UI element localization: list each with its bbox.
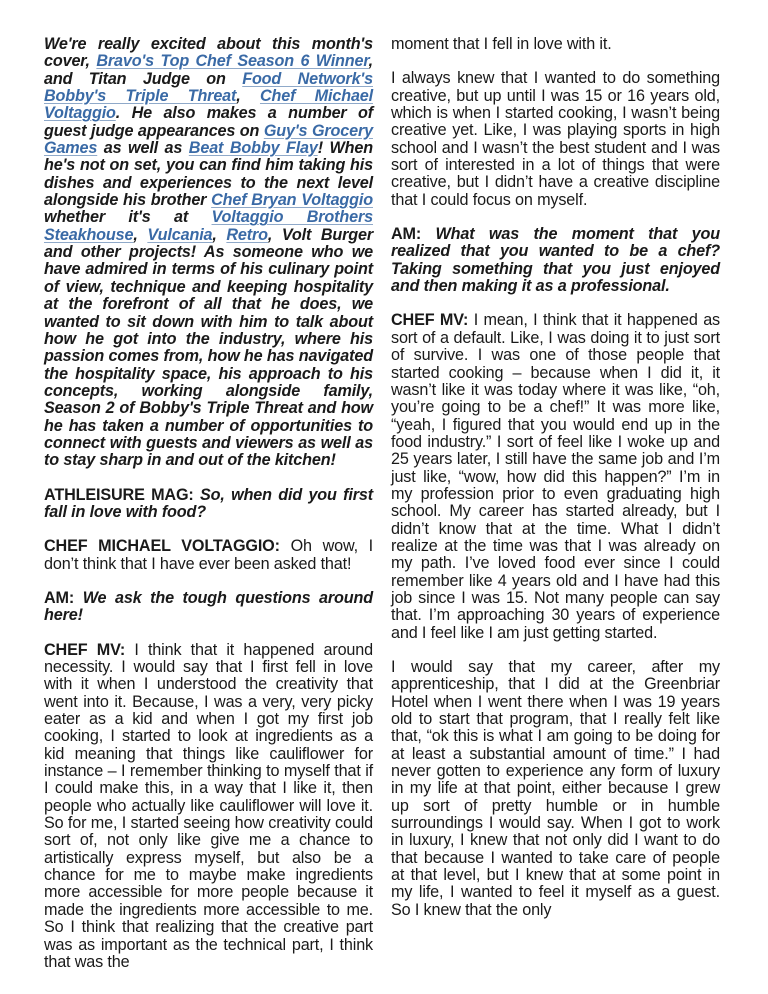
column-left: We're really excited about this month's … <box>44 36 373 986</box>
answer-continued: moment that I fell in love with it. <box>391 36 720 53</box>
speaker-label: CHEF MV: <box>391 311 468 329</box>
qa-question: AM: We ask the tough questions around he… <box>44 590 373 625</box>
question-text: What was the moment that you realized th… <box>391 225 720 295</box>
speaker-label: CHEF MICHAEL VOLTAGGIO: <box>44 537 280 555</box>
intro-text: , <box>212 226 226 244</box>
answer-text: I mean, I think that it happened as sort… <box>391 311 720 641</box>
qa-answer: CHEF MICHAEL VOLTAGGIO: Oh wow, I don’t … <box>44 538 373 573</box>
link-vulcania[interactable]: Vulcania <box>147 226 212 244</box>
intro-text: , <box>236 87 260 105</box>
qa-answer: CHEF MV: I think that it happened around… <box>44 642 373 972</box>
speaker-label: ATHLEISURE MAG: <box>44 486 194 504</box>
link-bravo-top-chef[interactable]: Bravo's Top Chef Season 6 Winner <box>96 52 368 70</box>
question-text: We ask the tough questions around here! <box>44 589 373 624</box>
intro-text: , <box>133 226 147 244</box>
intro-text: whether it's at <box>44 208 212 226</box>
answer-text: I think that it happened around necessit… <box>44 641 373 971</box>
speaker-label: CHEF MV: <box>44 641 125 659</box>
article-page: We're really excited about this month's … <box>44 36 720 986</box>
speaker-label: AM: <box>44 589 74 607</box>
intro-text: as well as <box>97 139 189 157</box>
speaker-label: AM: <box>391 225 421 243</box>
column-right: moment that I fell in love with it. I al… <box>391 36 720 986</box>
link-retro[interactable]: Retro <box>226 226 268 244</box>
intro-text: , Volt Burger and other projects! As som… <box>44 226 373 469</box>
qa-question: AM: What was the moment that you realize… <box>391 226 720 295</box>
qa-answer: CHEF MV: I mean, I think that it happene… <box>391 312 720 642</box>
qa-question: ATHLEISURE MAG: So, when did you first f… <box>44 487 373 522</box>
answer-paragraph: I always knew that I wanted to do someth… <box>391 70 720 209</box>
answer-paragraph: I would say that my career, after my app… <box>391 659 720 919</box>
link-chef-bryan-voltaggio[interactable]: Chef Bryan Voltaggio <box>211 191 373 209</box>
link-beat-bobby-flay[interactable]: Beat Bobby Flay <box>189 139 318 157</box>
intro-paragraph: We're really excited about this month's … <box>44 36 373 470</box>
